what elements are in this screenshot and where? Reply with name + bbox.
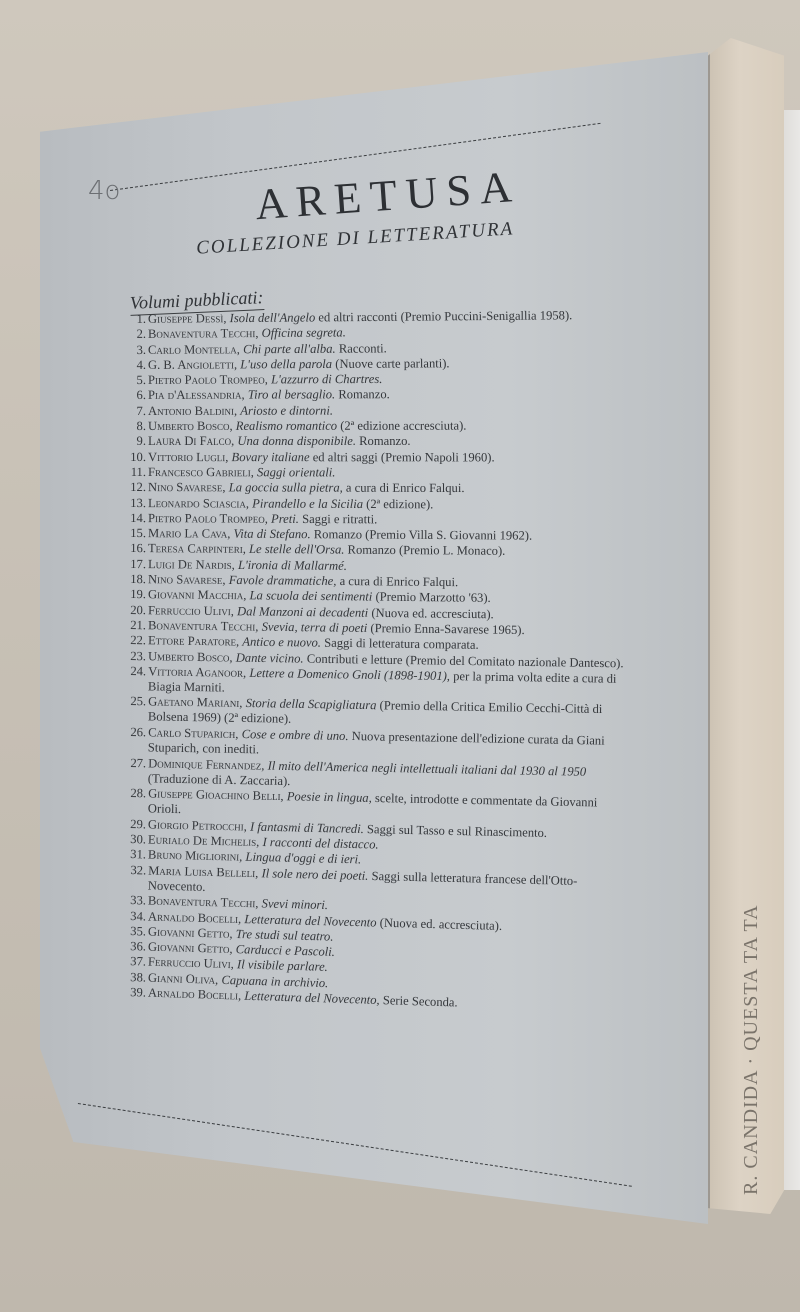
volume-author: Ferruccio Ulivi,	[148, 955, 237, 972]
volume-author: Ferruccio Ulivi,	[148, 603, 237, 618]
volume-title: Il visibile parlare.	[237, 958, 328, 975]
volume-author: Francesco Gabrieli,	[148, 465, 257, 479]
volume-title: Una donna disponibile.	[237, 434, 356, 448]
volume-details: Romanzo.	[359, 434, 410, 448]
volume-details: ed altri racconti (Premio Puccini-Seniga…	[318, 308, 572, 324]
volume-number: 25.	[128, 694, 148, 710]
volume-number: 5.	[128, 373, 148, 388]
volume-title: I racconti del distacco.	[262, 835, 378, 852]
volume-author: Giorgio Petrocchi,	[148, 817, 250, 833]
volume-details: (2ª edizione accresciuta).	[340, 419, 466, 433]
volume-author: Bonaventura Tecchi,	[148, 894, 262, 911]
volume-number: 32.	[128, 863, 148, 879]
volume-number: 17.	[128, 557, 148, 572]
volume-number: 24.	[128, 664, 148, 680]
volume-author: Umberto Bosco,	[148, 649, 236, 664]
volume-title: L'ironia di Mallarmé.	[238, 558, 347, 573]
volume-details: a cura di Enrico Falqui.	[346, 481, 465, 495]
volume-title: L'azzurro di Chartres.	[271, 372, 382, 386]
volume-author: Eurialo De Michelis,	[148, 833, 263, 850]
volume-entry: 12. Nino Savarese, La goccia sulla pietr…	[128, 480, 628, 497]
volume-number: 7.	[128, 404, 148, 419]
volume-author: Giovanni Getto,	[148, 924, 236, 940]
volume-details: (Nuova ed. accresciuta).	[380, 915, 503, 932]
volume-details: (Premio Marzotto '63).	[375, 590, 490, 605]
volume-author: Arnaldo Bocelli,	[148, 909, 245, 926]
volume-number: 18.	[128, 572, 148, 587]
volume-number: 38.	[128, 970, 148, 986]
volume-number: 36.	[128, 939, 148, 955]
handwritten-note: 4o	[88, 176, 120, 206]
volume-number: 39.	[128, 985, 148, 1001]
volume-title: Svevia, terra di poeti	[262, 620, 368, 635]
volume-author: Luigi De Nardis,	[148, 557, 238, 572]
volume-author: Vittoria Aganoor,	[148, 664, 249, 680]
volume-title: Carducci e Pascoli.	[236, 942, 336, 959]
volume-author: Pia d'Alessandria,	[148, 388, 248, 402]
volume-title: Poesie in lingua,	[287, 789, 372, 805]
volume-title: Svevi minori.	[261, 897, 328, 913]
volume-title: Lettere a Domenico Gnoli (1898-1901),	[249, 666, 450, 683]
volume-details: (2ª edizione).	[366, 497, 433, 511]
volume-list: 1. Giuseppe Dessì, Isola dell'Angelo ed …	[128, 312, 628, 1000]
volume-title: Antico e nuovo.	[242, 635, 321, 650]
spine-title: R. CANDIDA · QUESTA TA TA	[740, 904, 763, 1195]
volume-details: Romanzo (Premio Villa S. Giovanni 1962).	[314, 527, 532, 542]
volume-number: 26.	[128, 725, 148, 741]
volume-author: Vittorio Lugli,	[148, 450, 232, 464]
volume-number: 14.	[128, 511, 148, 526]
volume-number: 19.	[128, 587, 148, 603]
volume-author: Pietro Paolo Trompeo,	[148, 511, 271, 526]
volume-details: a cura di Enrico Falqui.	[340, 574, 459, 589]
volume-details: Romanzo (Premio L. Monaco).	[348, 543, 506, 558]
volume-number: 9.	[128, 434, 148, 449]
volume-title: Tre studi sul teatro.	[236, 927, 334, 944]
volume-number: 37.	[128, 954, 148, 970]
volume-title: Saggi orientali.	[257, 465, 335, 479]
volume-author: Teresa Carpinteri,	[148, 542, 249, 557]
volume-author: Arnaldo Bocelli,	[148, 986, 245, 1003]
volume-author: Maria Luisa Belleli,	[148, 863, 262, 880]
volume-number: 21.	[128, 618, 148, 634]
volume-author: Giovanni Getto,	[148, 940, 236, 957]
volume-number: 4.	[128, 358, 148, 373]
volume-number: 1.	[128, 312, 148, 327]
volume-title: L'uso della parola	[240, 357, 332, 371]
volume-number: 28.	[128, 786, 148, 802]
volume-number: 16.	[128, 541, 148, 556]
volume-number: 30.	[128, 832, 148, 848]
volume-details: Saggi di letteratura comparata.	[324, 636, 479, 652]
volume-author: Giuseppe Dessì,	[148, 311, 230, 326]
volume-author: Bonaventura Tecchi,	[148, 326, 262, 341]
volume-number: 13.	[128, 496, 148, 511]
volume-details: (Premio Enna-Savarese 1965).	[370, 621, 524, 637]
page-edge	[782, 110, 800, 1190]
volume-entry: 9. Laura Di Falco, Una donna disponibile…	[128, 434, 628, 449]
volume-author: Bonaventura Tecchi,	[148, 618, 262, 633]
volume-title: La scuola dei sentimenti	[250, 589, 373, 604]
volume-details: Romanzo.	[338, 388, 389, 402]
volume-number: 33.	[128, 893, 148, 909]
volume-number: 12.	[128, 480, 148, 495]
volume-author: Nino Savarese,	[148, 572, 229, 587]
volume-number: 35.	[128, 924, 148, 940]
volume-title: Vita di Stefano.	[234, 527, 311, 541]
volume-entry: 11. Francesco Gabrieli, Saggi orientali.	[128, 465, 628, 481]
volume-author: Leonardo Sciascia,	[148, 496, 252, 510]
volume-details: Racconti.	[339, 341, 387, 355]
volume-title: Capuana in archivio.	[221, 973, 328, 990]
volume-author: G. B. Angioletti,	[148, 357, 240, 371]
volume-title: Letteratura del Novecento	[244, 912, 377, 930]
volume-title: Dante vicino.	[236, 650, 304, 665]
volume-entry: 7. Antonio Baldini, Ariosto e dintorni.	[128, 403, 628, 419]
volume-details: ed altri saggi (Premio Napoli 1960).	[313, 450, 495, 464]
volume-number: 31.	[128, 847, 148, 863]
volume-number: 22.	[128, 633, 148, 649]
volume-number: 29.	[128, 817, 148, 833]
volume-author: Bruno Migliorini,	[148, 848, 246, 864]
volume-author: Ettore Paratore,	[148, 634, 243, 649]
volume-title: Isola dell'Angelo	[230, 310, 316, 325]
volume-title: Preti.	[271, 512, 299, 526]
volume-author: Laura Di Falco,	[148, 434, 237, 448]
volume-author: Antonio Baldini,	[148, 404, 240, 418]
volume-title: Pirandello e la Sicilia	[252, 496, 363, 510]
volume-title: Cose e ombre di uno.	[242, 727, 349, 743]
volume-number: 6.	[128, 388, 148, 403]
volume-author: Umberto Bosco,	[148, 419, 236, 433]
volume-number: 2.	[128, 327, 148, 342]
volume-title: Tiro al bersaglio.	[248, 388, 335, 402]
volume-author: Carlo Stuparich,	[148, 725, 242, 741]
volume-title: Storia della Scapigliatura	[246, 696, 377, 712]
volume-details: (Traduzione di A. Zaccaria).	[148, 771, 291, 788]
volume-number: 34.	[128, 909, 148, 925]
volume-title: Realismo romantico	[236, 419, 337, 433]
volume-details: Serie Seconda.	[383, 993, 458, 1009]
volume-details: Saggi e ritratti.	[302, 512, 377, 526]
volume-title: Bovary italiane	[232, 450, 310, 464]
volume-entry: 10. Vittorio Lugli, Bovary italiane ed a…	[128, 450, 628, 466]
volume-author: Gaetano Mariani,	[148, 695, 246, 711]
volume-title: Chi parte all'alba.	[243, 341, 336, 356]
volume-title: Le stelle dell'Orsa.	[249, 542, 344, 557]
volume-author: Nino Savarese,	[148, 480, 229, 494]
volume-author: Pietro Paolo Trompeo,	[148, 373, 271, 388]
volume-number: 3.	[128, 342, 148, 357]
volume-title: Il sole nero dei poeti.	[261, 866, 368, 883]
volume-author: Carlo Montella,	[148, 342, 243, 357]
volume-author: Mario La Cava,	[148, 526, 234, 541]
volume-details: (Nuova ed. accresciuta).	[371, 605, 494, 620]
volume-title: La goccia sulla pietra,	[229, 481, 343, 495]
volume-title: Favole drammatiche,	[229, 573, 337, 588]
volume-entry: 8. Umberto Bosco, Realismo romantico (2ª…	[128, 419, 628, 435]
volume-number: 8.	[128, 419, 148, 434]
volume-number: 10.	[128, 450, 148, 465]
volume-title: Dal Manzoni ai decadenti	[237, 604, 368, 620]
volume-title: Lingua d'oggi e di ieri.	[245, 850, 361, 867]
volume-title: Ariosto e dintorni.	[240, 403, 333, 417]
volume-number: 20.	[128, 603, 148, 619]
volume-details: (Nuove carte parlanti).	[335, 356, 449, 371]
volume-number: 11.	[128, 465, 148, 480]
volume-author: Giuseppe Gioachino Belli,	[148, 787, 287, 804]
volume-author: Gianni Oliva,	[148, 970, 222, 986]
volume-number: 15.	[128, 526, 148, 541]
volume-author: Dominique Fernandez,	[148, 756, 268, 772]
photo-scene: R. CANDIDA · QUESTA TA TA 4o ARETUSA COL…	[0, 0, 800, 1312]
volume-number: 27.	[128, 756, 148, 772]
volume-title: I fantasmi di Tancredi.	[250, 819, 364, 835]
volume-entry: 6. Pia d'Alessandria, Tiro al bersaglio.…	[128, 387, 628, 404]
volume-author: Giovanni Macchia,	[148, 588, 250, 603]
volume-number: 23.	[128, 649, 148, 665]
volume-title: Officina segreta.	[262, 326, 346, 341]
volume-title: Letteratura del Novecento,	[244, 989, 380, 1007]
